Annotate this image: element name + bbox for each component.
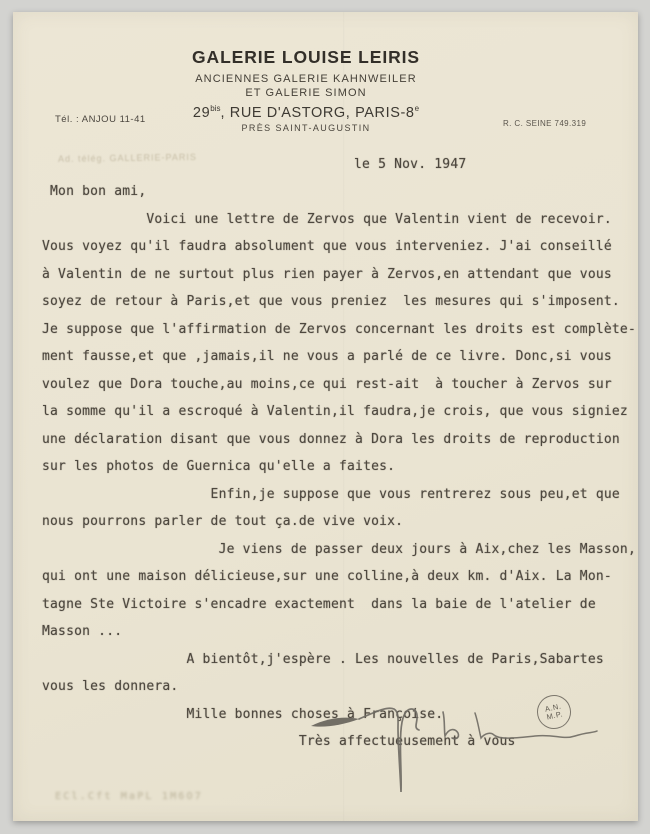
gallery-name: GALERIE LOUISE LEIRIS xyxy=(0,47,612,68)
registry-number: R. C. SEINE 749.319 xyxy=(503,119,586,128)
letter-date: le 5 Nov. 1947 xyxy=(354,157,466,172)
scanned-letter-page: { "letterhead": { "gallery_name": "GALER… xyxy=(0,0,650,834)
faded-ink-stamp: Ad. télég. GALLERIE-PARIS xyxy=(58,152,197,164)
address-street: , RUE D'ASTORG, PARIS-8 xyxy=(221,105,415,121)
archive-stamp-line2: M.P. xyxy=(546,710,564,722)
gallery-subtitle-1: ANCIENNES GALERIE KAHNWEILER xyxy=(0,73,612,85)
address-bis-superscript: bis xyxy=(210,104,220,113)
gallery-subtitle-2: ET GALERIE SIMON xyxy=(0,87,612,99)
letter-body: Mon bon ami, Voici une lettre de Zervos … xyxy=(42,178,636,756)
faint-archive-marking: ECl.Cft MaPL 1M6O7 xyxy=(55,791,203,802)
telephone-number: Tél. : ANJOU 11-41 xyxy=(55,114,146,125)
address-number: 29 xyxy=(193,105,210,121)
address-arrondissement-superscript: e xyxy=(415,104,419,113)
